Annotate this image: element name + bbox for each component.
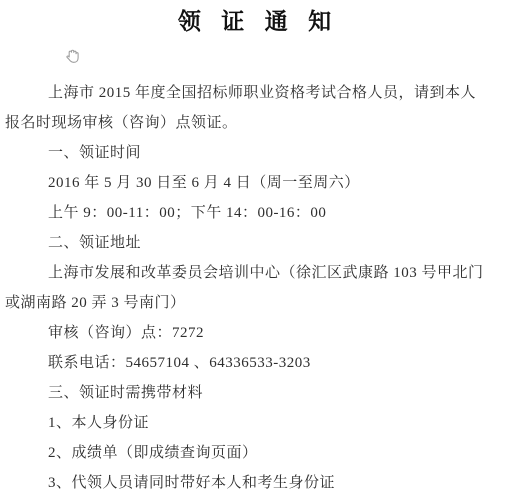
material-item-3: 3、代领人员请同时带好本人和考生身份证 <box>5 468 509 498</box>
contact-phone-line: 联系电话：54657104 、64336533-3203 <box>5 348 509 378</box>
notice-body: 上海市 2015 年度全国招标师职业资格考试合格人员，请到本人 报名时现场审核（… <box>0 78 509 498</box>
intro-line-1: 上海市 2015 年度全国招标师职业资格考试合格人员，请到本人 <box>5 78 509 108</box>
time-date-line: 2016 年 5 月 30 日至 6 月 4 日（周一至周六） <box>5 168 509 198</box>
cursor-row <box>0 47 509 66</box>
section-materials-heading: 三、领证时需携带材料 <box>5 378 509 408</box>
intro-line-2: 报名时现场审核（咨询）点领证。 <box>5 108 509 138</box>
review-point-line: 审核（咨询）点：7272 <box>5 318 509 348</box>
material-item-1: 1、本人身份证 <box>5 408 509 438</box>
time-hours-line: 上午 9：00-11：00；下午 14：00-16：00 <box>5 198 509 228</box>
hand-cursor-icon <box>63 47 82 66</box>
section-address-heading: 二、领证地址 <box>5 228 509 258</box>
address-line-1: 上海市发展和改革委员会培训中心（徐汇区武康路 103 号甲北门 <box>5 258 509 288</box>
address-line-2: 或湖南路 20 弄 3 号南门） <box>5 288 509 318</box>
material-item-2: 2、成绩单（即成绩查询页面） <box>5 438 509 468</box>
section-time-heading: 一、领证时间 <box>5 138 509 168</box>
page-title: 领 证 通 知 <box>0 0 509 38</box>
notice-document: 领 证 通 知 上海市 2015 年度全国招标师职业资格考试合格人员，请到本人 … <box>0 0 509 499</box>
